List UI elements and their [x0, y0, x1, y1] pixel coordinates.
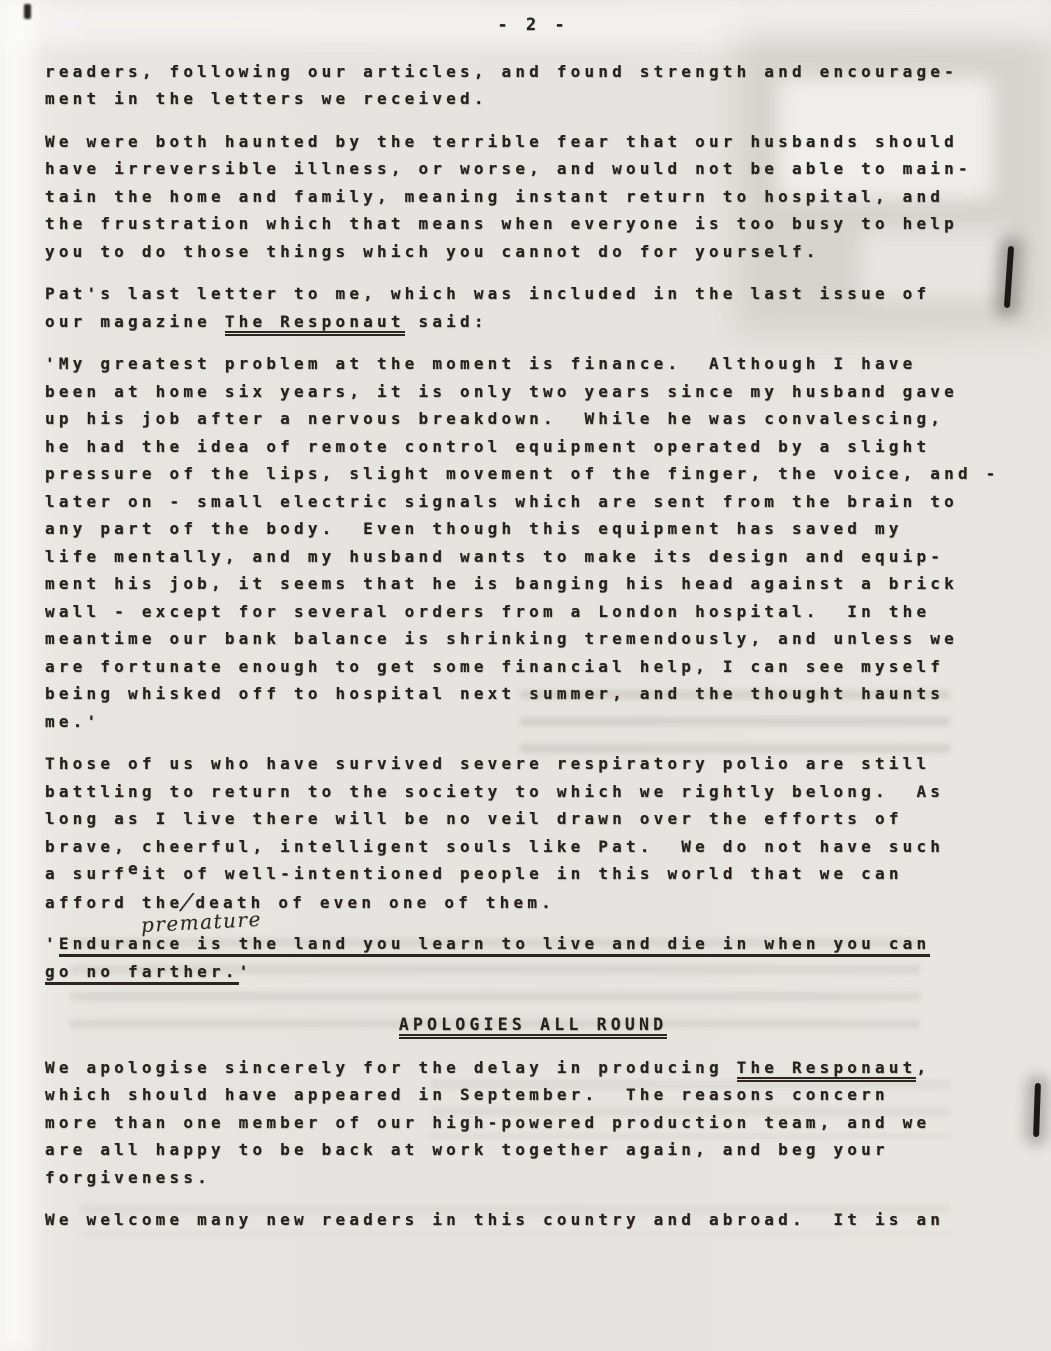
text-segment: ment his job, it seems that he is bangin… — [45, 574, 958, 593]
text-segment: been at home six years, it is only two y… — [45, 382, 958, 401]
text-line: any part of the body. Even though this e… — [45, 515, 1021, 543]
handwritten-note: premature — [140, 905, 262, 939]
tribute-paragraph: Those of us who have survived severe res… — [45, 750, 1021, 915]
text-segment: forgiveness. — [45, 1168, 211, 1187]
text-segment: are all happy to be back at work togethe… — [45, 1140, 889, 1159]
text-line: the frustration which that means when ev… — [45, 210, 1021, 238]
text-segment: tain the home and family, meaning instan… — [45, 187, 944, 206]
intro-continuation-paragraph: readers, following our articles, and fou… — [45, 58, 1021, 113]
text-segment: up his job after a nervous breakdown. Wh… — [45, 409, 944, 428]
text-line: you to do those things which you cannot … — [45, 238, 1021, 266]
text-segment: have irreversible illness, or worse, and… — [45, 159, 972, 178]
text-line: battling to return to the society to whi… — [45, 778, 1021, 806]
text-segment: We were both haunted by the terrible fea… — [45, 132, 958, 151]
text-segment: a surf — [45, 864, 128, 883]
text-line: up his job after a nervous breakdown. Wh… — [45, 405, 1021, 433]
text-line: have irreversible illness, or worse, and… — [45, 155, 1021, 183]
text-segment: The Responaut — [737, 1058, 917, 1082]
text-line: being whisked off to hospital next summe… — [45, 680, 1021, 708]
text-line: are fortunate enough to get some financi… — [45, 653, 1021, 681]
text-segment: pressure of the lips, slight movement of… — [45, 464, 999, 483]
text-segment: The Responaut — [225, 312, 405, 336]
endurance-quote-paragraph: 'Endurance is the land you learn to live… — [45, 930, 1021, 985]
text-line: afford the/prematuredeath of even one of… — [45, 888, 1021, 916]
text-line: are all happy to be back at work togethe… — [45, 1136, 1021, 1164]
scanned-page: - 2 - readers, following our articles, a… — [0, 0, 1051, 1351]
text-segment: our magazine — [45, 312, 225, 331]
text-segment: later on - small electric signals which … — [45, 492, 958, 511]
text-segment: go no farther. — [45, 962, 239, 985]
text-line: ment his job, it seems that he is bangin… — [45, 570, 1021, 598]
ink-blot-mark — [1033, 1083, 1041, 1137]
text-segment: said: — [405, 312, 488, 331]
text-line: We apologise sincerely for the delay in … — [45, 1054, 1021, 1082]
text-line: We welcome many new readers in this coun… — [45, 1206, 1021, 1234]
pats-letter-intro-paragraph: Pat's last letter to me, which was inclu… — [45, 280, 1021, 335]
page-number: - 2 - — [45, 12, 1021, 40]
text-segment: more than one member of our high-powered… — [45, 1113, 930, 1132]
text-segment: readers, following our articles, and fou… — [45, 62, 958, 81]
document-content: readers, following our articles, and fou… — [45, 58, 1021, 1234]
heading-text: APOLOGIES ALL ROUND — [399, 1015, 668, 1039]
document-body: - 2 - readers, following our articles, a… — [45, 12, 1021, 1234]
text-segment: long as I live there will be no veil dra… — [45, 809, 903, 828]
text-line: been at home six years, it is only two y… — [45, 378, 1021, 406]
text-segment: , — [916, 1058, 930, 1077]
text-line: long as I live there will be no veil dra… — [45, 805, 1021, 833]
text-segment: the frustration which that means when ev… — [45, 214, 958, 233]
text-segment: e — [128, 859, 142, 878]
text-segment: brave, cheerful, intelligent souls like … — [45, 837, 944, 856]
ink-speck — [24, 4, 31, 19]
text-segment: battling to return to the society to whi… — [45, 782, 944, 801]
text-line: ment in the letters we received. — [45, 85, 1021, 113]
text-segment: Endurance is the land you learn to live … — [59, 934, 930, 957]
fear-paragraph: We were both haunted by the terrible fea… — [45, 128, 1021, 266]
text-line: he had the idea of remote control equipm… — [45, 433, 1021, 461]
welcome-paragraph: We welcome many new readers in this coun… — [45, 1206, 1021, 1234]
text-segment: wall - except for several orders from a … — [45, 602, 930, 621]
pat-letter-quote-paragraph: 'My greatest problem at the moment is fi… — [45, 350, 1021, 735]
text-line: life mentally, and my husband wants to m… — [45, 543, 1021, 571]
text-segment: Those of us who have survived severe res… — [45, 754, 930, 773]
text-line: later on - small electric signals which … — [45, 488, 1021, 516]
text-segment: ment in the letters we received. — [45, 89, 488, 108]
text-line: me.' — [45, 708, 1021, 736]
apologies-heading: APOLOGIES ALL ROUND — [45, 1011, 1021, 1039]
text-segment: he had the idea of remote control equipm… — [45, 437, 930, 456]
text-segment: meantime our bank balance is shrinking t… — [45, 629, 958, 648]
text-line: meantime our bank balance is shrinking t… — [45, 625, 1021, 653]
text-line: wall - except for several orders from a … — [45, 598, 1021, 626]
paper-light-edge-left — [0, 0, 36, 1351]
text-segment: ' — [239, 962, 253, 981]
text-line: We were both haunted by the terrible fea… — [45, 128, 1021, 156]
text-line: 'My greatest problem at the moment is fi… — [45, 350, 1021, 378]
text-segment: are fortunate enough to get some financi… — [45, 657, 944, 676]
text-line: forgiveness. — [45, 1164, 1021, 1192]
apology-paragraph: We apologise sincerely for the delay in … — [45, 1054, 1021, 1192]
text-line: our magazine The Responaut said: — [45, 308, 1021, 336]
text-segment: which should have appeared in September.… — [45, 1085, 889, 1104]
text-segment: Pat's last letter to me, which was inclu… — [45, 284, 930, 303]
text-line: brave, cheerful, intelligent souls like … — [45, 833, 1021, 861]
text-segment: afford the — [45, 893, 183, 912]
text-segment: 'My greatest problem at the moment is fi… — [45, 354, 916, 373]
text-line: pressure of the lips, slight movement of… — [45, 460, 1021, 488]
text-segment: any part of the body. Even though this e… — [45, 519, 903, 538]
text-segment: being whisked off to hospital next summe… — [45, 684, 944, 703]
text-line: which should have appeared in September.… — [45, 1081, 1021, 1109]
text-segment: you to do those things which you cannot … — [45, 242, 820, 261]
text-segment: it of well-intentioned people in this wo… — [142, 864, 903, 883]
text-line: tain the home and family, meaning instan… — [45, 183, 1021, 211]
text-line: more than one member of our high-powered… — [45, 1109, 1021, 1137]
text-line: Those of us who have survived severe res… — [45, 750, 1021, 778]
text-segment: life mentally, and my husband wants to m… — [45, 547, 944, 566]
text-segment: me.' — [45, 712, 100, 731]
text-line: go no farther.' — [45, 958, 1021, 986]
text-segment: We apologise sincerely for the delay in … — [45, 1058, 737, 1077]
text-line: readers, following our articles, and fou… — [45, 58, 1021, 86]
text-segment: We welcome many new readers in this coun… — [45, 1210, 944, 1229]
text-line: a surfeit of well-intentioned people in … — [45, 860, 1021, 888]
text-segment: ' — [45, 934, 59, 953]
text-line: Pat's last letter to me, which was inclu… — [45, 280, 1021, 308]
